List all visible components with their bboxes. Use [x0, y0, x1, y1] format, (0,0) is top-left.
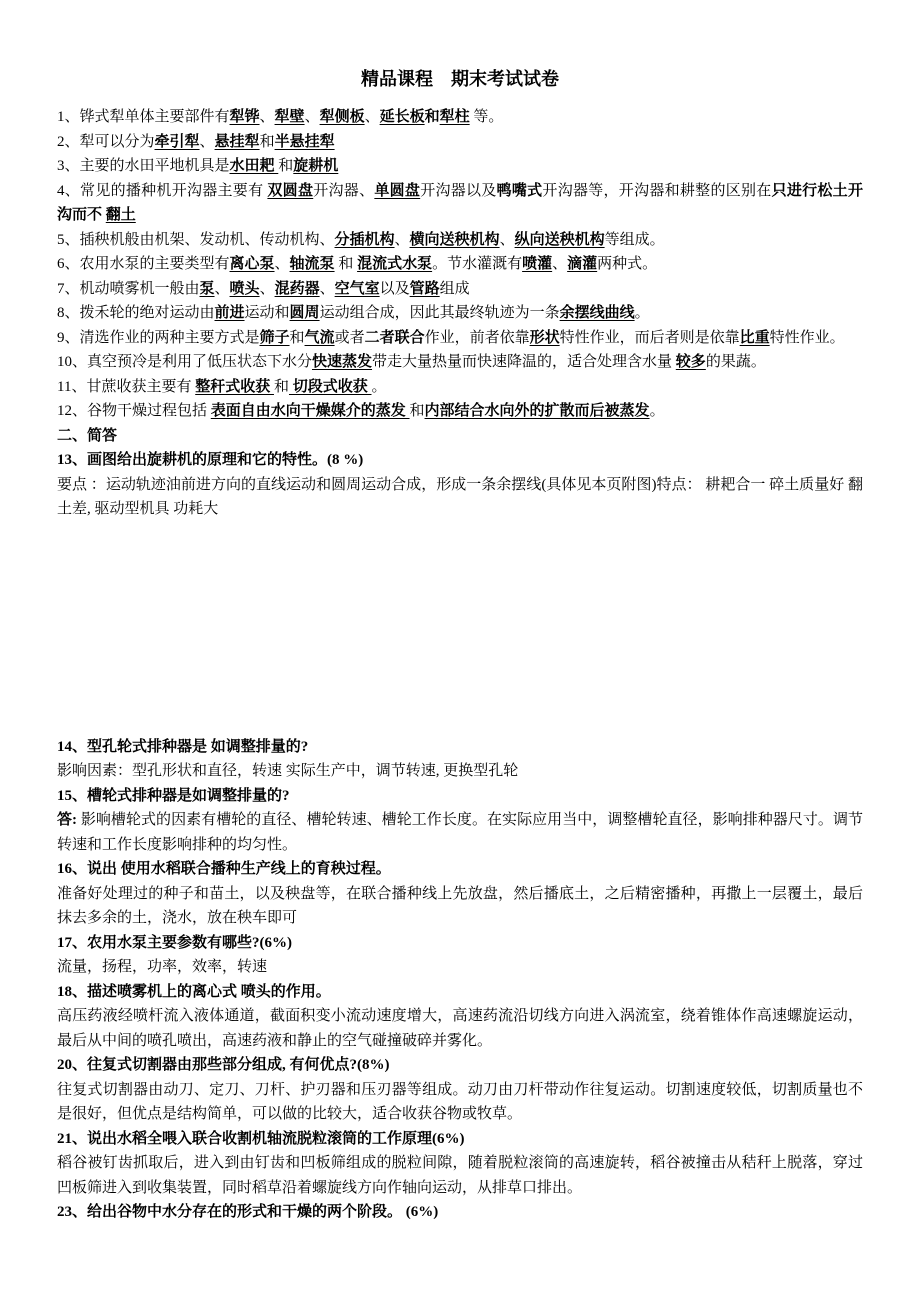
question-3: 3、主要的水田平地机具是水田耙 和旋耕机	[57, 154, 863, 179]
text-segment: 9、清选作业的两种主要方式是	[57, 330, 260, 346]
text-segment: 等组成。	[605, 232, 665, 248]
text-segment: 、	[200, 134, 215, 150]
exam-paper-page: 精品课程 期末考试试卷 1、铧式犁单体主要部件有犁铧、犁壁、犁侧板、延长板和犁柱…	[0, 0, 920, 1302]
text-segment: 组成	[440, 281, 470, 297]
text-segment: 和	[335, 256, 358, 272]
text-segment: 12、谷物干燥过程包括	[57, 403, 211, 419]
text-segment: 3、主要的水田平地机具是	[57, 158, 230, 174]
text-segment: 滴灌	[567, 256, 597, 272]
text-segment: 和	[278, 158, 293, 174]
text-segment: 、	[215, 281, 230, 297]
text-segment: 空气室	[335, 281, 380, 297]
question-6: 6、农用水泵的主要类型有离心泵、轴流泵 和 混流式水泵。节水灌溉有喷灌、滴灌两种…	[57, 252, 863, 277]
text-segment: 余摆线曲线	[560, 305, 635, 321]
question-7: 7、机动喷雾机一般由泵、喷头、混药器、空气室以及管路组成	[57, 277, 863, 302]
text-segment: 流量，扬程，功率，效率，转速	[57, 959, 267, 975]
text-segment: 犁铧	[230, 109, 260, 125]
question-21-answer: 稻谷被钉齿抓取后，进入到由钉齿和凹板筛组成的脱粒间隙，随着脱粒滚筒的高速旋转，稻…	[57, 1151, 863, 1200]
text-segment: 7、机动喷雾机一般由	[57, 281, 200, 297]
text-segment: 泵	[200, 281, 215, 297]
text-segment: 。节水灌溉有	[432, 256, 522, 272]
text-segment: 、	[552, 256, 567, 272]
text-segment: 的果蔬。	[706, 354, 766, 370]
text-segment: 11、甘蔗收获主要有	[57, 379, 195, 395]
text-segment: 运动和	[245, 305, 290, 321]
text-segment: 带走大量热量而快速降温的，适合处理含水量	[372, 354, 676, 370]
text-segment: 答:	[57, 812, 77, 828]
text-segment: 往复式切割器由动刀、定刀、刀杆、护刃器和压刃器等组成。动刀由刀杆带动作往复运动。…	[57, 1082, 863, 1123]
question-17-heading: 17、农用水泵主要参数有哪些?(6%)	[57, 931, 863, 956]
text-segment: 牵引犁	[155, 134, 200, 150]
drawing-area-space	[57, 522, 863, 735]
text-segment: 混药器	[275, 281, 320, 297]
text-segment: 要点 ：运动轨迹油前进方向的直线运动和圆周运动合成，形成一条余摆线(具体见本页附…	[57, 477, 863, 518]
question-17-answer: 流量，扬程，功率，效率，转速	[57, 955, 863, 980]
text-segment: 翻土	[106, 207, 136, 223]
text-segment: 两种式。	[597, 256, 657, 272]
text-segment: 旋耕机	[293, 158, 338, 174]
question-5: 5、插秧机般由机架、发动机、传动机构、分插机构、横向送秧机构、纵向送秧机构等组成…	[57, 228, 863, 253]
question-20-heading: 20、往复式切割器由那些部分组成, 有何优点?(8%)	[57, 1053, 863, 1078]
question-13-answer: 要点 ：运动轨迹油前进方向的直线运动和圆周运动合成，形成一条余摆线(具体见本页附…	[57, 473, 863, 522]
text-segment: 、	[305, 109, 320, 125]
text-segment: 稻谷被钉齿抓取后，进入到由钉齿和凹板筛组成的脱粒间隙，随着脱粒滚筒的高速旋转，稻…	[57, 1155, 863, 1196]
text-segment: 特性作业。	[770, 330, 845, 346]
text-segment: 2、犁可以分为	[57, 134, 155, 150]
text-segment: 离心泵	[230, 256, 275, 272]
text-segment: 比重	[740, 330, 770, 346]
text-segment: 17、农用水泵主要参数有哪些?(6%)	[57, 935, 292, 951]
question-9: 9、清选作业的两种主要方式是筛子和气流或者二者联合作业，前者依靠形状特性作业，而…	[57, 326, 863, 351]
text-segment: 双圆盘	[267, 183, 313, 199]
text-segment: 和	[290, 330, 305, 346]
text-segment: 前进	[215, 305, 245, 321]
text-segment: 延长板	[380, 109, 425, 125]
text-segment: 半悬挂犁	[275, 134, 335, 150]
text-segment: 筛子	[260, 330, 290, 346]
text-segment: 8、拨禾轮的绝对运动由	[57, 305, 215, 321]
text-segment: 混流式水泵	[357, 256, 432, 272]
text-segment: 单圆盘	[374, 183, 420, 199]
question-11: 11、甘蔗收获主要有 整秆式收获 和 切段式收获 。	[57, 375, 863, 400]
question-13-heading: 13、画图给出旋耕机的原理和它的特性。(8 %)	[57, 448, 863, 473]
text-segment: 、	[395, 232, 410, 248]
text-segment: 开沟器以及	[420, 183, 496, 199]
question-23-heading: 23、给出谷物中水分存在的形式和干燥的两个阶段。 (6%)	[57, 1200, 863, 1225]
text-segment: 、	[260, 109, 275, 125]
text-segment: 切段式收获	[289, 379, 372, 395]
question-2: 2、犁可以分为牵引犁、悬挂犁和半悬挂犁	[57, 130, 863, 155]
text-segment: 轴流泵	[290, 256, 335, 272]
text-segment: 14、型孔轮式排种器是 如调整排量的?	[57, 739, 308, 755]
text-segment: 开沟器等，开沟器和耕整的区别在	[542, 183, 771, 199]
question-16-answer: 准备好处理过的种子和苗土，以及秧盘等，在联合播种线上先放盘，然后播底土，之后精密…	[57, 882, 863, 931]
question-1: 1、铧式犁单体主要部件有犁铧、犁壁、犁侧板、延长板和犁柱 等。	[57, 105, 863, 130]
text-segment: 二、简答	[57, 428, 117, 444]
question-18-heading: 18、描述喷雾机上的离心式 喷头的作用。	[57, 980, 863, 1005]
text-segment: 、	[275, 256, 290, 272]
text-segment: 犁柱	[440, 109, 470, 125]
text-segment: 横向送秧机构	[410, 232, 500, 248]
question-4: 4、常见的播种机开沟器主要有 双圆盘开沟器、单圆盘开沟器以及鸭嘴式开沟器等，开沟…	[57, 179, 863, 228]
text-segment: 运动组合成，因此其最终轨迹为一条	[320, 305, 560, 321]
text-segment: 高压药液经喷杆流入液体通道，截面积变小流动速度增大，高速药流沿切线方向进入涡流室…	[57, 1008, 863, 1049]
text-segment: 18、描述喷雾机上的离心式 喷头的作用。	[57, 984, 331, 1000]
text-segment: 、	[365, 109, 380, 125]
text-segment: 分插机构	[335, 232, 395, 248]
page-title: 精品课程 期末考试试卷	[57, 66, 863, 92]
text-segment: 13、画图给出旋耕机的原理和它的特性。(8 %)	[57, 452, 363, 468]
text-segment: 特性作业，而后者则是依靠	[560, 330, 740, 346]
text-segment: 和	[260, 134, 275, 150]
question-14-heading: 14、型孔轮式排种器是 如调整排量的?	[57, 735, 863, 760]
section-2-heading: 二、简答	[57, 424, 863, 449]
text-segment: 形状	[530, 330, 560, 346]
text-segment: 鸭嘴式	[497, 183, 543, 199]
text-segment: 和	[410, 403, 425, 419]
question-18-answer: 高压药液经喷杆流入液体通道，截面积变小流动速度增大，高速药流沿切线方向进入涡流室…	[57, 1004, 863, 1053]
text-segment: 20、往复式切割器由那些部分组成, 有何优点?(8%)	[57, 1057, 390, 1073]
text-segment: 快速蒸发	[312, 354, 372, 370]
text-segment: 准备好处理过的种子和苗土，以及秧盘等，在联合播种线上先放盘，然后播底土，之后精密…	[57, 886, 863, 927]
text-segment: 。	[635, 305, 650, 321]
text-segment: 犁壁	[275, 109, 305, 125]
text-segment: 。	[650, 403, 665, 419]
text-segment: 。	[372, 379, 387, 395]
question-10: 10、真空预冷是利用了低压状态下水分快速蒸发带走大量热量而快速降温的，适合处理含…	[57, 350, 863, 375]
text-segment: 6、农用水泵的主要类型有	[57, 256, 230, 272]
question-15-answer: 答: 影响槽轮式的因素有槽轮的直径、槽轮转速、槽轮工作长度。在实际应用当中，调整…	[57, 808, 863, 857]
text-segment: 二者联合	[365, 330, 425, 346]
question-8: 8、拨禾轮的绝对运动由前进运动和圆周运动组合成，因此其最终轨迹为一条余摆线曲线。	[57, 301, 863, 326]
text-segment: 内部结合水向外的扩散而后被蒸发	[425, 403, 650, 419]
text-segment: 5、插秧机般由机架、发动机、传动机构、	[57, 232, 335, 248]
text-segment: 整秆式收获	[195, 379, 274, 395]
text-segment: 开沟器、	[313, 183, 374, 199]
text-segment: 喷灌	[522, 256, 552, 272]
text-segment: 和	[274, 379, 289, 395]
text-segment: 纵向送秧机构	[515, 232, 605, 248]
text-segment: 喷头	[230, 281, 260, 297]
question-21-heading: 21、说出水稻全喂入联合收割机轴流脱粒滚筒的工作原理(6%)	[57, 1127, 863, 1152]
text-segment: 表面自由水向干燥媒介的蒸发	[211, 403, 410, 419]
question-15-heading: 15、槽轮式排种器是如调整排量的?	[57, 784, 863, 809]
text-segment: 气流	[305, 330, 335, 346]
text-segment: 等。	[470, 109, 504, 125]
text-segment: 21、说出水稻全喂入联合收割机轴流脱粒滚筒的工作原理(6%)	[57, 1131, 465, 1147]
text-segment: 犁侧板	[320, 109, 365, 125]
text-segment: 4、常见的播种机开沟器主要有	[57, 183, 267, 199]
text-segment: 或者	[335, 330, 365, 346]
question-12: 12、谷物干燥过程包括 表面自由水向干燥媒介的蒸发 和内部结合水向外的扩散而后被…	[57, 399, 863, 424]
text-segment: 较多	[676, 354, 706, 370]
text-segment: 管路	[410, 281, 440, 297]
text-segment: 影响槽轮式的因素有槽轮的直径、槽轮转速、槽轮工作长度。在实际应用当中，调整槽轮直…	[57, 812, 863, 853]
question-20-answer: 往复式切割器由动刀、定刀、刀杆、护刃器和压刃器等组成。动刀由刀杆带动作往复运动。…	[57, 1078, 863, 1127]
document-body: 1、铧式犁单体主要部件有犁铧、犁壁、犁侧板、延长板和犁柱 等。2、犁可以分为牵引…	[57, 105, 863, 1225]
text-segment: 16、说出 使用水稻联合播种生产线上的育秧过程。	[57, 861, 391, 877]
text-segment: 水田耙	[230, 158, 279, 174]
text-segment: 圆周	[290, 305, 320, 321]
text-segment: 和	[425, 109, 440, 125]
text-segment: 23、给出谷物中水分存在的形式和干燥的两个阶段。 (6%)	[57, 1204, 438, 1220]
text-segment: 1、铧式犁单体主要部件有	[57, 109, 230, 125]
text-segment: 15、槽轮式排种器是如调整排量的?	[57, 788, 290, 804]
text-segment: 10、真空预冷是利用了低压状态下水分	[57, 354, 312, 370]
question-14-answer: 影响因素：型孔形状和直径，转速 实际生产中，调节转速, 更换型孔轮	[57, 759, 863, 784]
text-segment: 影响因素：型孔形状和直径，转速 实际生产中，调节转速, 更换型孔轮	[57, 763, 518, 779]
text-segment: 以及	[380, 281, 410, 297]
text-segment: 、	[320, 281, 335, 297]
text-segment: 作业，前者依靠	[425, 330, 530, 346]
text-segment: 悬挂犁	[215, 134, 260, 150]
question-16-heading: 16、说出 使用水稻联合播种生产线上的育秧过程。	[57, 857, 863, 882]
text-segment: 、	[260, 281, 275, 297]
text-segment: 、	[500, 232, 515, 248]
